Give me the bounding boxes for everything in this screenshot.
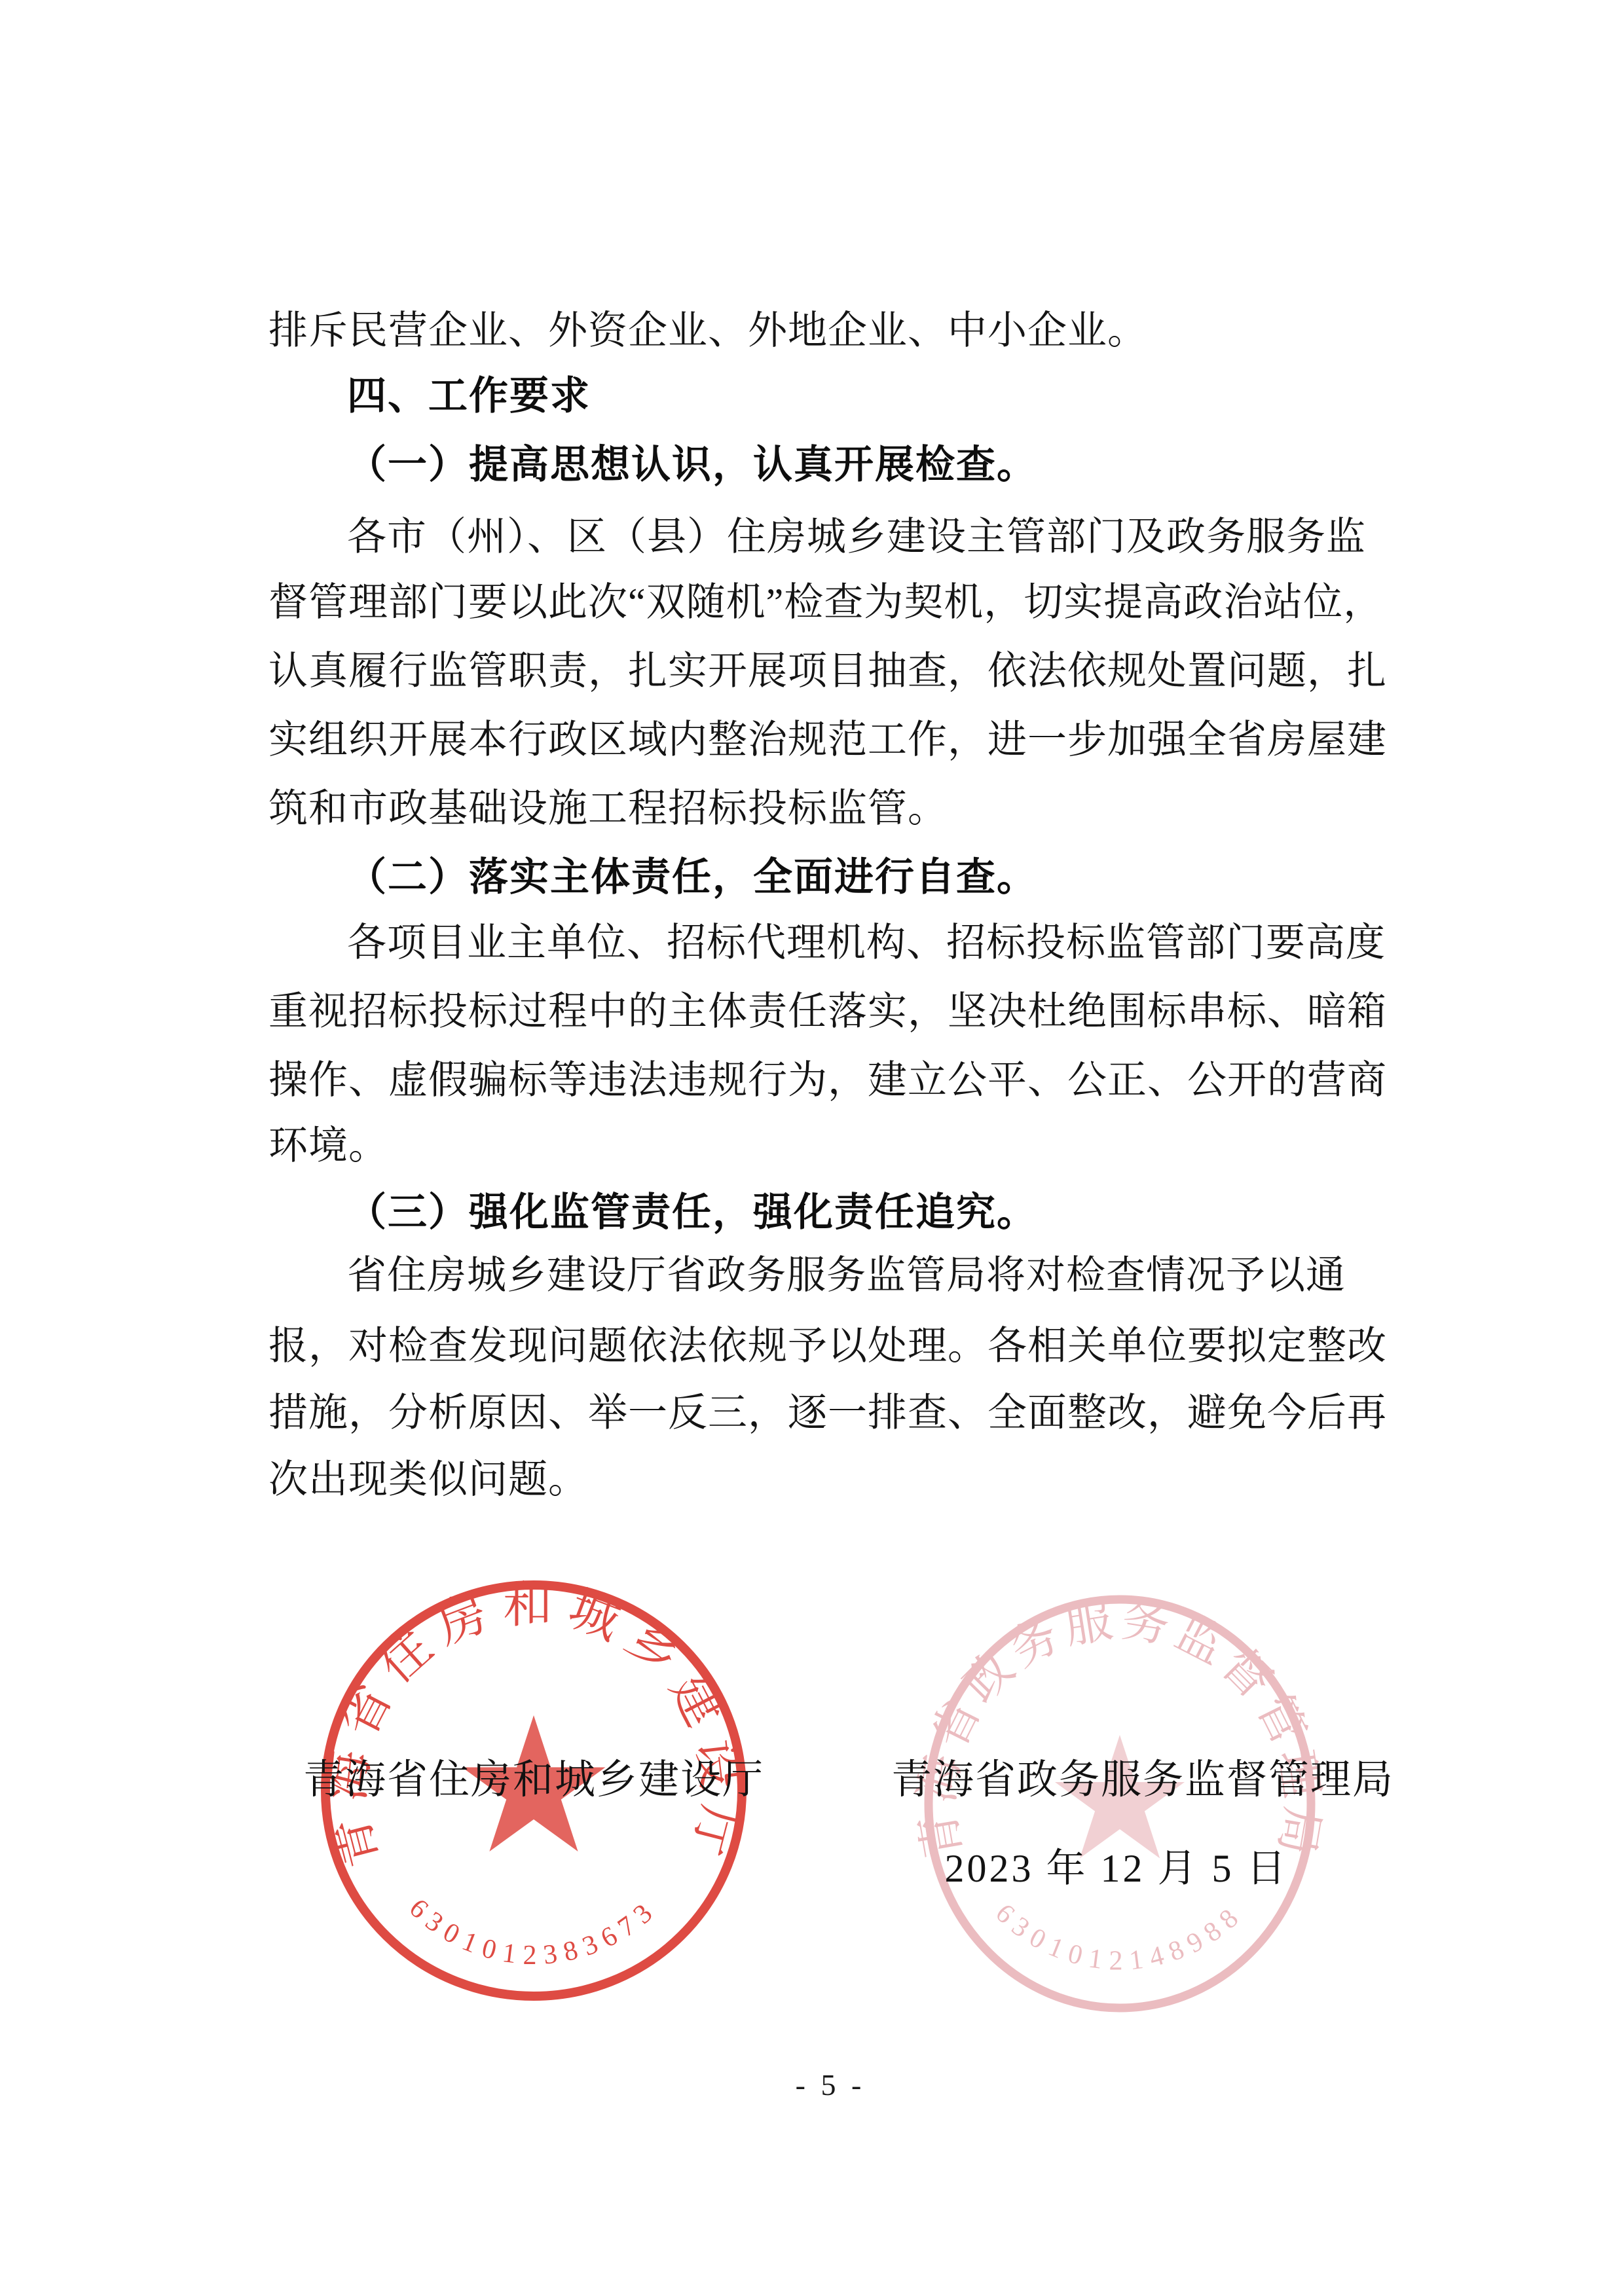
body-line: 次出现类似问题。 <box>268 1446 588 1514</box>
body-line: 各项目业主单位、招标代理机构、招标投标监管部门要高度 <box>347 909 1386 977</box>
body-line: 认真履行监管职责，扎实开展项目抽查，依法依规处置问题，扎 <box>268 637 1387 705</box>
body-line: 报，对检查发现问题依法依规予以处理。各相关单位要拟定整改 <box>268 1312 1387 1380</box>
signature-org-right: 青海省政务服务监督管理局 <box>891 1747 1394 1805</box>
body-line: 各市（州）、区（县）住房城乡建设主管部门及政务服务监 <box>347 503 1366 571</box>
subsection-heading-1: （一）提高思想认识，认真开展检查。 <box>347 431 1037 499</box>
page-number: - 5 - <box>796 2068 866 2102</box>
seal-number: 6301012148988 <box>989 1898 1249 1976</box>
body-line: 督管理部门要以此次“双随机”检查为契机，切实提高政治站位， <box>268 568 1383 636</box>
signature-org-left: 青海省住房和城乡建设厅 <box>303 1747 764 1805</box>
section-heading-4: 四、工作要求 <box>347 362 591 430</box>
document-page: 排斥民营企业、外资企业、外地企业、中小企业。 四、工作要求 （一）提高思想认识，… <box>0 0 1624 2296</box>
body-line: 重视招标投标过程中的主体责任落实，坚决杜绝围标串标、暗箱 <box>268 977 1387 1046</box>
subsection-heading-2: （二）落实主体责任，全面进行自查。 <box>347 843 1037 911</box>
body-line: 实组织开展本行政区域内整治规范工作，进一步加强全省房屋建 <box>268 706 1387 774</box>
body-line: 操作、虚假骗标等违法违规行为，建立公平、公正、公开的营商 <box>268 1046 1387 1114</box>
signature-date: 2023 年 12 月 5 日 <box>945 1837 1289 1893</box>
seal-number: 6301012383673 <box>403 1893 664 1971</box>
body-line: 措施，分析原因、举一反三，逐一排查、全面整改，避免今后再 <box>268 1379 1387 1447</box>
body-line: 环境。 <box>268 1112 388 1180</box>
body-line: 省住房城乡建设厅省政务服务监管局将对检查情况予以通 <box>347 1241 1346 1309</box>
body-line: 排斥民营企业、外资企业、外地企业、中小企业。 <box>268 297 1147 365</box>
body-line: 筑和市政基础设施工程招标投标监管。 <box>268 774 948 843</box>
subsection-heading-3: （三）强化监管责任，强化责任追究。 <box>347 1178 1037 1247</box>
